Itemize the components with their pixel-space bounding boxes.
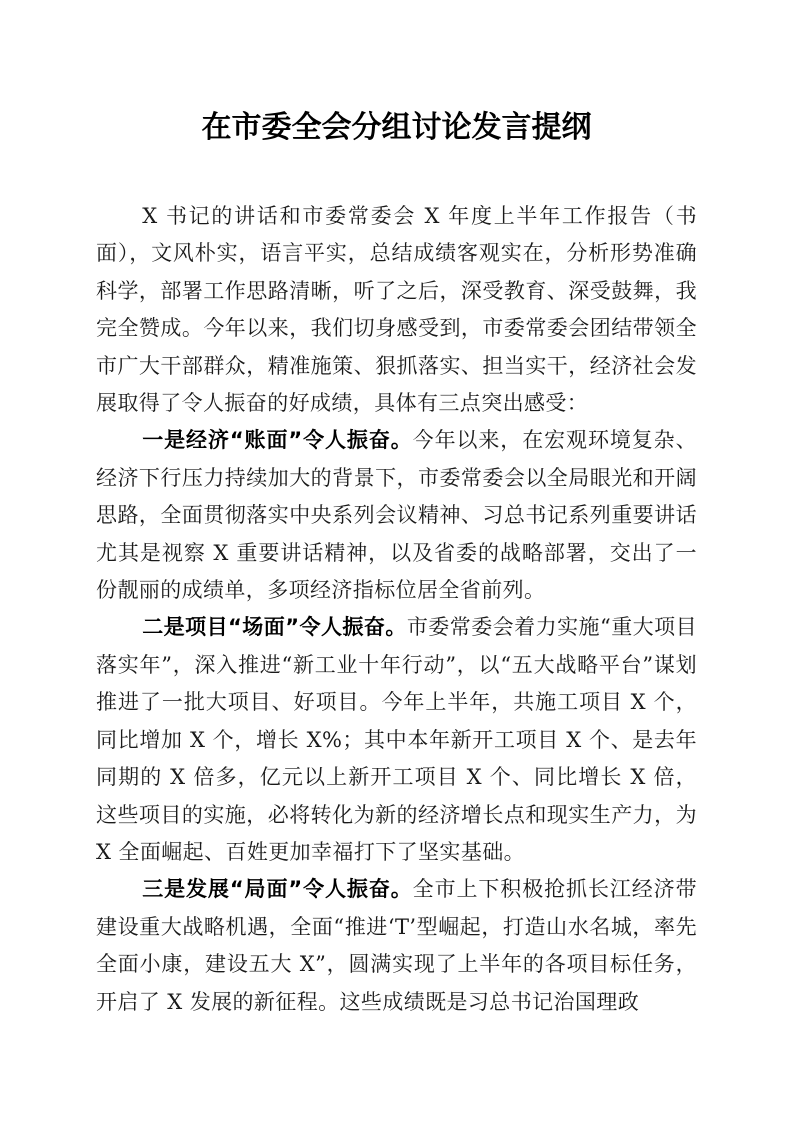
paragraph: 三是发展“局面”令人振奋。全市上下积极抢抓长江经济带建设重大战略机遇，全面“推进… [96, 871, 697, 1021]
paragraph-lead: 一是经济“账面”令人振奋。 [142, 428, 412, 452]
document-page: 在市委全会分组讨论发言提纲 X 书记的讲话和市委常委会 X 年度上半年工作报告（… [0, 0, 793, 1122]
paragraph-text: 市委常委会着力实施“重大项目落实年”，深入推进“新工业十年行动”，以“五大战略平… [96, 615, 697, 863]
paragraph: X 书记的讲话和市委常委会 X 年度上半年工作报告（书面），文风朴实，语言平实，… [96, 198, 697, 422]
paragraph: 一是经济“账面”令人振奋。今年以来，在宏观环境复杂、经济下行压力持续加大的背景下… [96, 422, 697, 609]
paragraph: 二是项目“场面”令人振奋。市委常委会着力实施“重大项目落实年”，深入推进“新工业… [96, 609, 697, 871]
paragraph-text: 今年以来，在宏观环境复杂、经济下行压力持续加大的背景下，市委常委会以全局眼光和开… [96, 428, 697, 602]
document-title: 在市委全会分组讨论发言提纲 [80, 106, 713, 150]
paragraph-lead: 三是发展“局面”令人振奋。 [142, 877, 412, 901]
paragraph-text: X 书记的讲话和市委常委会 X 年度上半年工作报告（书面），文风朴实，语言平实，… [96, 204, 697, 415]
paragraph-lead: 二是项目“场面”令人振奋。 [142, 615, 407, 639]
document-body: X 书记的讲话和市委常委会 X 年度上半年工作报告（书面），文风朴实，语言平实，… [96, 198, 697, 1021]
